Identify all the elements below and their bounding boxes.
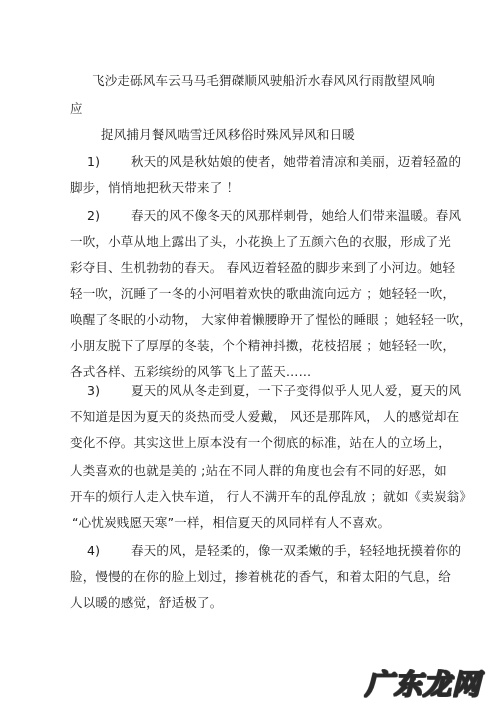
idiom-line-2: 捉风捕月餐风啮雪迁风移俗时殊风异风和日暖 [101,127,355,143]
paragraph-3-first-line: 3)夏天的风从冬走到夏，一下子变得似乎人见人爱，夏天的风 [87,383,461,399]
paragraph-2-line: 各式各样、五彩缤纷的风筝飞上了蓝天…… [70,364,311,380]
paragraph-2-line: 轻一吹，沉睡了一冬的小河唱着欢快的歌曲流向远方 ；她轻轻一吹， [70,286,455,302]
paragraph-2-text: 春天的风不像冬天的风那样刺骨，她给人们带来温暖。春风 [131,208,461,223]
paragraph-4-number: 4) [87,543,131,559]
paragraph-3-text: 夏天的风从冬走到夏，一下子变得似乎人见人爱，夏天的风 [131,383,461,398]
paragraph-1-first-line: 1)秋天的风是秋姑娘的使者，她带着清凉和美丽，迈着轻盈的 [87,154,461,170]
paragraph-3-line: 变化不停。其实这世上原本没有一个彻底的标准，站在人的立场上， [70,435,451,451]
paragraph-3-number: 3) [87,383,131,399]
paragraph-1-number: 1) [87,154,131,170]
paragraph-4-line: 人以暖的感觉，舒适极了。 [70,595,222,611]
paragraph-1-text: 秋天的风是秋姑娘的使者，她带着清凉和美丽，迈着轻盈的 [131,154,461,169]
paragraph-2-line: 一吹，小草从地上露出了头，小花换上了五颜六色的衣服，形成了光 [70,234,451,250]
paragraph-2-first-line: 2)春天的风不像冬天的风那样刺骨，她给人们带来温暖。春风 [87,208,461,224]
paragraph-1-line: 脚步，悄悄地把秋天带来了 ！ [70,180,239,196]
paragraph-2-number: 2) [87,208,131,224]
paragraph-3-line: 开车的烦行人走入快车道， 行人不满开车的乱停乱放 ；就如《卖炭翁》 [70,489,472,505]
paragraph-4-line: 脸，慢慢的在你的脸上划过，掺着桃花的香气，和着太阳的气息，给 [70,569,451,585]
site-watermark-logo: 广东龙网 [365,663,481,703]
paragraph-3-line: 不知道是因为夏天的炎热而受人爱戴， 风还是那阵风， 人的感觉却在 [70,409,459,425]
paragraph-4-text: 春天的风，是轻柔的，像一双柔嫩的手，轻轻地抚摸着你的 [131,543,461,558]
paragraph-3-line: 人类喜欢的也就是美的 ;站在不同人群的角度也会有不同的好恶，如 [70,463,447,479]
paragraph-3-line: “心忧炭贱愿天寒”一样，相信夏天的风同样有人不喜欢。 [72,515,390,531]
document-page: 飞沙走砾风车云马马毛猬磔顺风驶船沂水春风风行雨散望风响 应 捉风捕月餐风啮雪迁风… [0,0,500,708]
idiom-line-1: 飞沙走砾风车云马马毛猬磔顺风驶船沂水春风风行雨散望风响 [92,73,435,89]
paragraph-2-line: 彩夺目、生机勃勃的春天。 春风迈着轻盈的脚步来到了小河边。她轻 [70,260,455,276]
paragraph-2-line: 小朋友脱下了厚厚的冬装，个个精神抖擞，花枝招展 ；她轻轻一吹， [70,338,455,354]
paragraph-2-line: 唤醒了冬眠的小动物， 大家伸着懒腰睁开了惺忪的睡眼 ；她轻轻一吹， [70,312,472,328]
idiom-line-1-wrap: 应 [70,101,83,117]
paragraph-4-first-line: 4)春天的风，是轻柔的，像一双柔嫩的手，轻轻地抚摸着你的 [87,543,461,559]
